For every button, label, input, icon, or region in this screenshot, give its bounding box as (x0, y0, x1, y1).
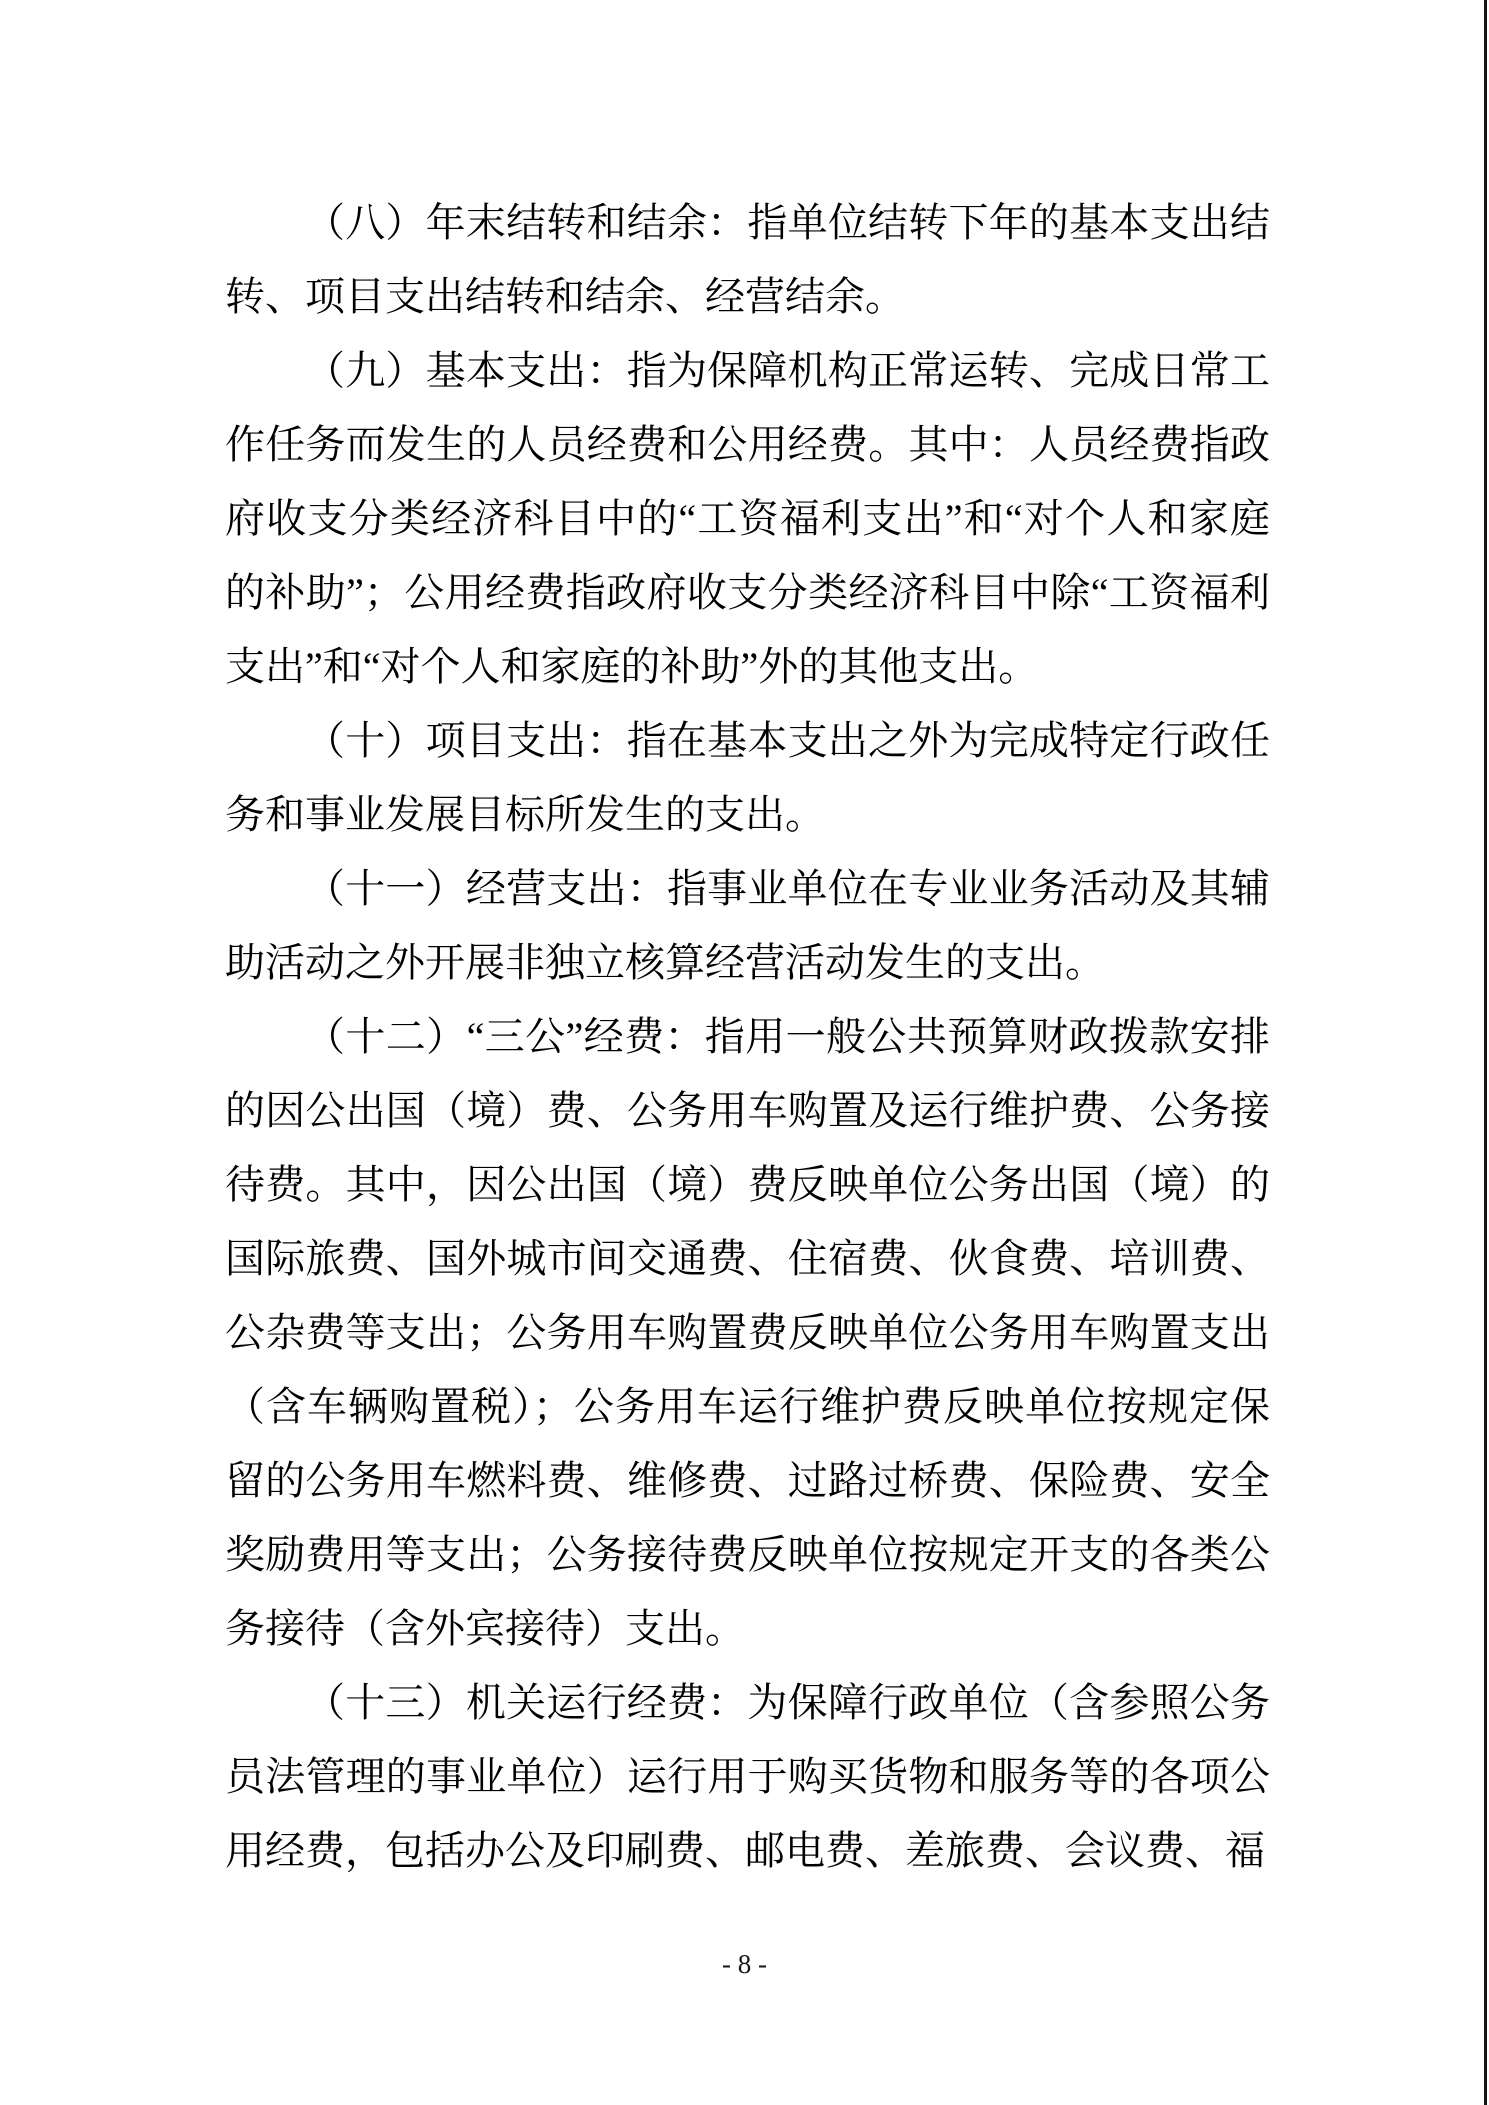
paragraph-item-9: （九）基本支出：指为保障机构正常运转、完成日常工作任务而发生的人员经费和公用经费… (225, 334, 1270, 704)
page-number: - 8 - (722, 1949, 767, 1979)
paragraph-item-10: （十）项目支出：指在基本支出之外为完成特定行政任务和事业发展目标所发生的支出。 (225, 704, 1270, 852)
document-body: （八）年末结转和结余：指单位结转下年的基本支出结转、项目支出结转和结余、经营结余… (225, 186, 1270, 1888)
page-footer: - 8 - (0, 1948, 1489, 1980)
paragraph-item-13: （十三）机关运行经费：为保障行政单位（含参照公务员法管理的事业单位）运行用于购买… (225, 1666, 1270, 1888)
page-edge-line (1484, 0, 1487, 2105)
paragraph-item-8: （八）年末结转和结余：指单位结转下年的基本支出结转、项目支出结转和结余、经营结余… (225, 186, 1270, 334)
paragraph-item-11: （十一）经营支出：指事业单位在专业业务活动及其辅助活动之外开展非独立核算经营活动… (225, 852, 1270, 1000)
paragraph-item-12: （十二）“三公”经费：指用一般公共预算财政拨款安排的因公出国（境）费、公务用车购… (225, 1000, 1270, 1666)
document-page: （八）年末结转和结余：指单位结转下年的基本支出结转、项目支出结转和结余、经营结余… (0, 0, 1489, 2105)
